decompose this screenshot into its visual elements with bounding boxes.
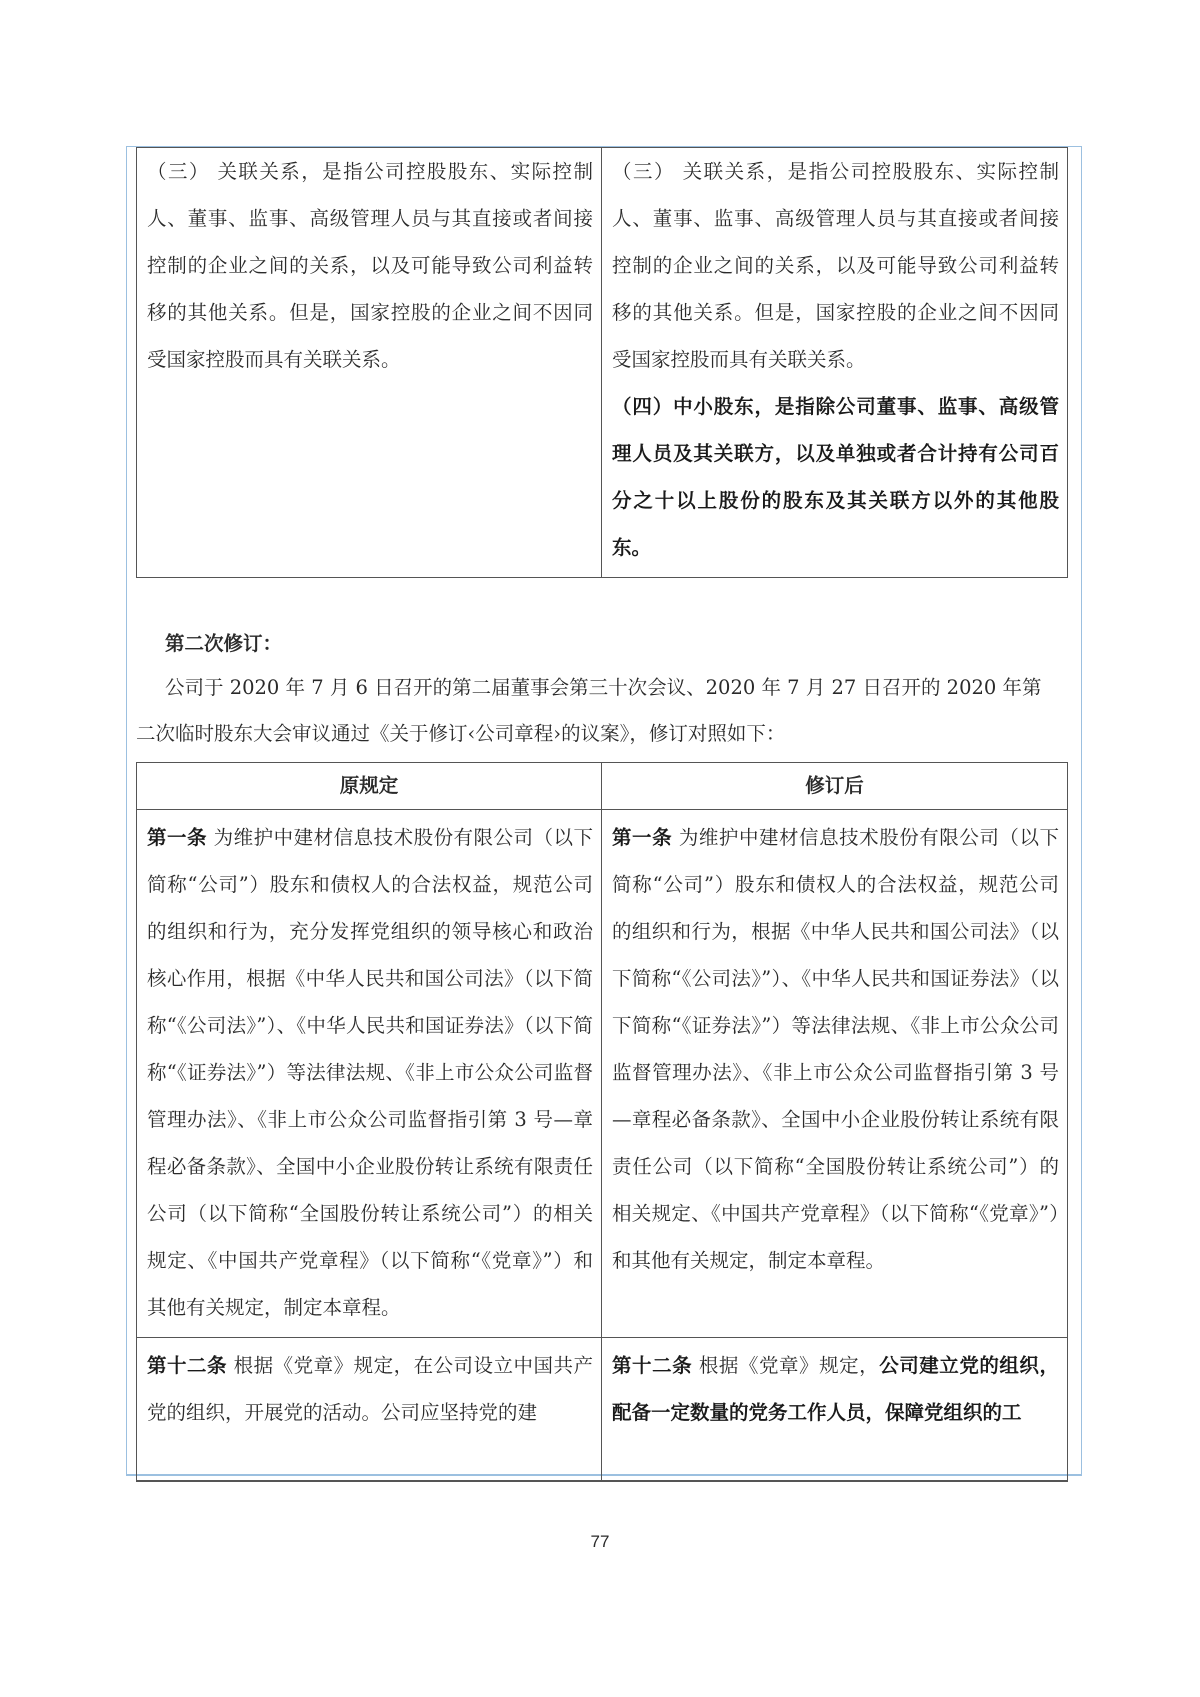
clause-text: （三） 关联关系，是指公司控股股东、实际控制人、董事、监事、高级管理人员与其直接… [147, 148, 593, 383]
page-number: 77 [0, 1532, 1200, 1552]
article-number: 第十二条 [147, 1354, 227, 1377]
original-cell: 第十二条 根据《党章》规定，在公司设立中国共产党的组织，开展党的活动。公司应坚持… [137, 1338, 602, 1482]
table-row: 第一条 为维护中建材信息技术股份有限公司（以下简称“公司”）股东和债权人的合法权… [137, 810, 1068, 1338]
clause-text: （三） 关联关系，是指公司控股股东、实际控制人、董事、监事、高级管理人员与其直接… [612, 148, 1059, 383]
revised-cell: 第十二条 根据《党章》规定，公司建立党的组织，配备一定数量的党务工作人员，保障党… [602, 1338, 1068, 1482]
clause-text: 根据《党章》规定， [692, 1354, 879, 1377]
revised-cell: 第一条 为维护中建材信息技术股份有限公司（以下简称“公司”）股东和债权人的合法权… [602, 810, 1068, 1338]
section-heading: 第二次修订： [165, 628, 282, 656]
clause-text: 为维护中建材信息技术股份有限公司（以下简称“公司”）股东和债权人的合法权益，规范… [612, 826, 1059, 1272]
article-number: 第一条 [147, 826, 207, 849]
clause-text: 为维护中建材信息技术股份有限公司（以下简称“公司”）股东和债权人的合法权益，规范… [147, 826, 593, 1319]
table-header-row: 原规定 修订后 [137, 763, 1068, 810]
added-clause-text: （四）中小股东，是指除公司董事、监事、高级管理人员及其关联方，以及单独或者合计持… [612, 383, 1059, 571]
comparison-table-first-revision: （三） 关联关系，是指公司控股股东、实际控制人、董事、监事、高级管理人员与其直接… [136, 147, 1068, 578]
table-row: （三） 关联关系，是指公司控股股东、实际控制人、董事、监事、高级管理人员与其直接… [137, 148, 1068, 578]
original-cell: 第一条 为维护中建材信息技术股份有限公司（以下简称“公司”）股东和债权人的合法权… [137, 810, 602, 1338]
comparison-table-second-revision: 原规定 修订后 第一条 为维护中建材信息技术股份有限公司（以下简称“公司”）股东… [136, 762, 1068, 1482]
intro-paragraph-line: 公司于 2020 年 7 月 6 日召开的第二届董事会第三十次会议、2020 年… [165, 672, 1070, 700]
column-header-revised: 修订后 [602, 763, 1068, 810]
column-header-original: 原规定 [137, 763, 602, 810]
intro-paragraph-line: 二次临时股东大会审议通过《关于修订‹公司章程›的议案》，修订对照如下： [136, 718, 785, 746]
revised-cell: （三） 关联关系，是指公司控股股东、实际控制人、董事、监事、高级管理人员与其直接… [602, 148, 1068, 578]
article-number: 第一条 [612, 826, 672, 849]
table-row: 第十二条 根据《党章》规定，在公司设立中国共产党的组织，开展党的活动。公司应坚持… [137, 1338, 1068, 1482]
original-cell: （三） 关联关系，是指公司控股股东、实际控制人、董事、监事、高级管理人员与其直接… [137, 148, 602, 578]
article-number: 第十二条 [612, 1354, 692, 1377]
